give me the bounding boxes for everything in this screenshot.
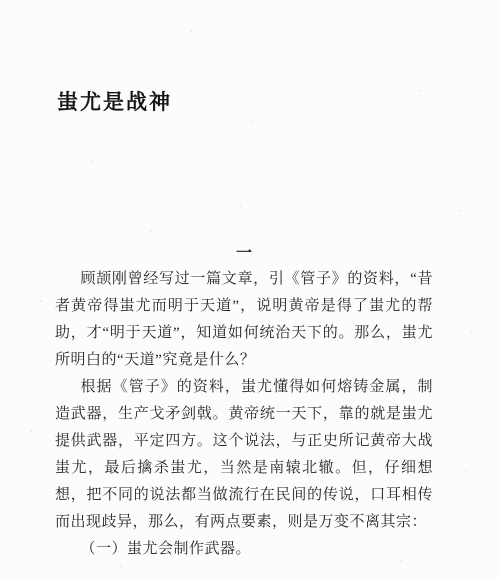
- section-number: 一: [55, 240, 433, 263]
- body-paragraph: （一）蚩尤会制作武器。: [55, 536, 433, 563]
- chapter-title: 蚩尤是战神: [57, 86, 172, 116]
- body-text: 顾颉刚曾经写过一篇文章，引《管子》的资料，“昔者黄帝得蚩尤而明于天道”，说明黄帝…: [55, 266, 433, 563]
- scan-noise-texture: [0, 0, 2, 2]
- book-page: 蚩尤是战神 一 顾颉刚曾经写过一篇文章，引《管子》的资料，“昔者黄帝得蚩尤而明于…: [0, 0, 500, 578]
- body-paragraph: 根据《管子》的资料，蚩尤懂得如何熔铸金属，制造武器，生产戈矛剑戟。黄帝统一天下，…: [55, 374, 433, 536]
- body-paragraph: 顾颉刚曾经写过一篇文章，引《管子》的资料，“昔者黄帝得蚩尤而明于天道”，说明黄帝…: [55, 266, 433, 374]
